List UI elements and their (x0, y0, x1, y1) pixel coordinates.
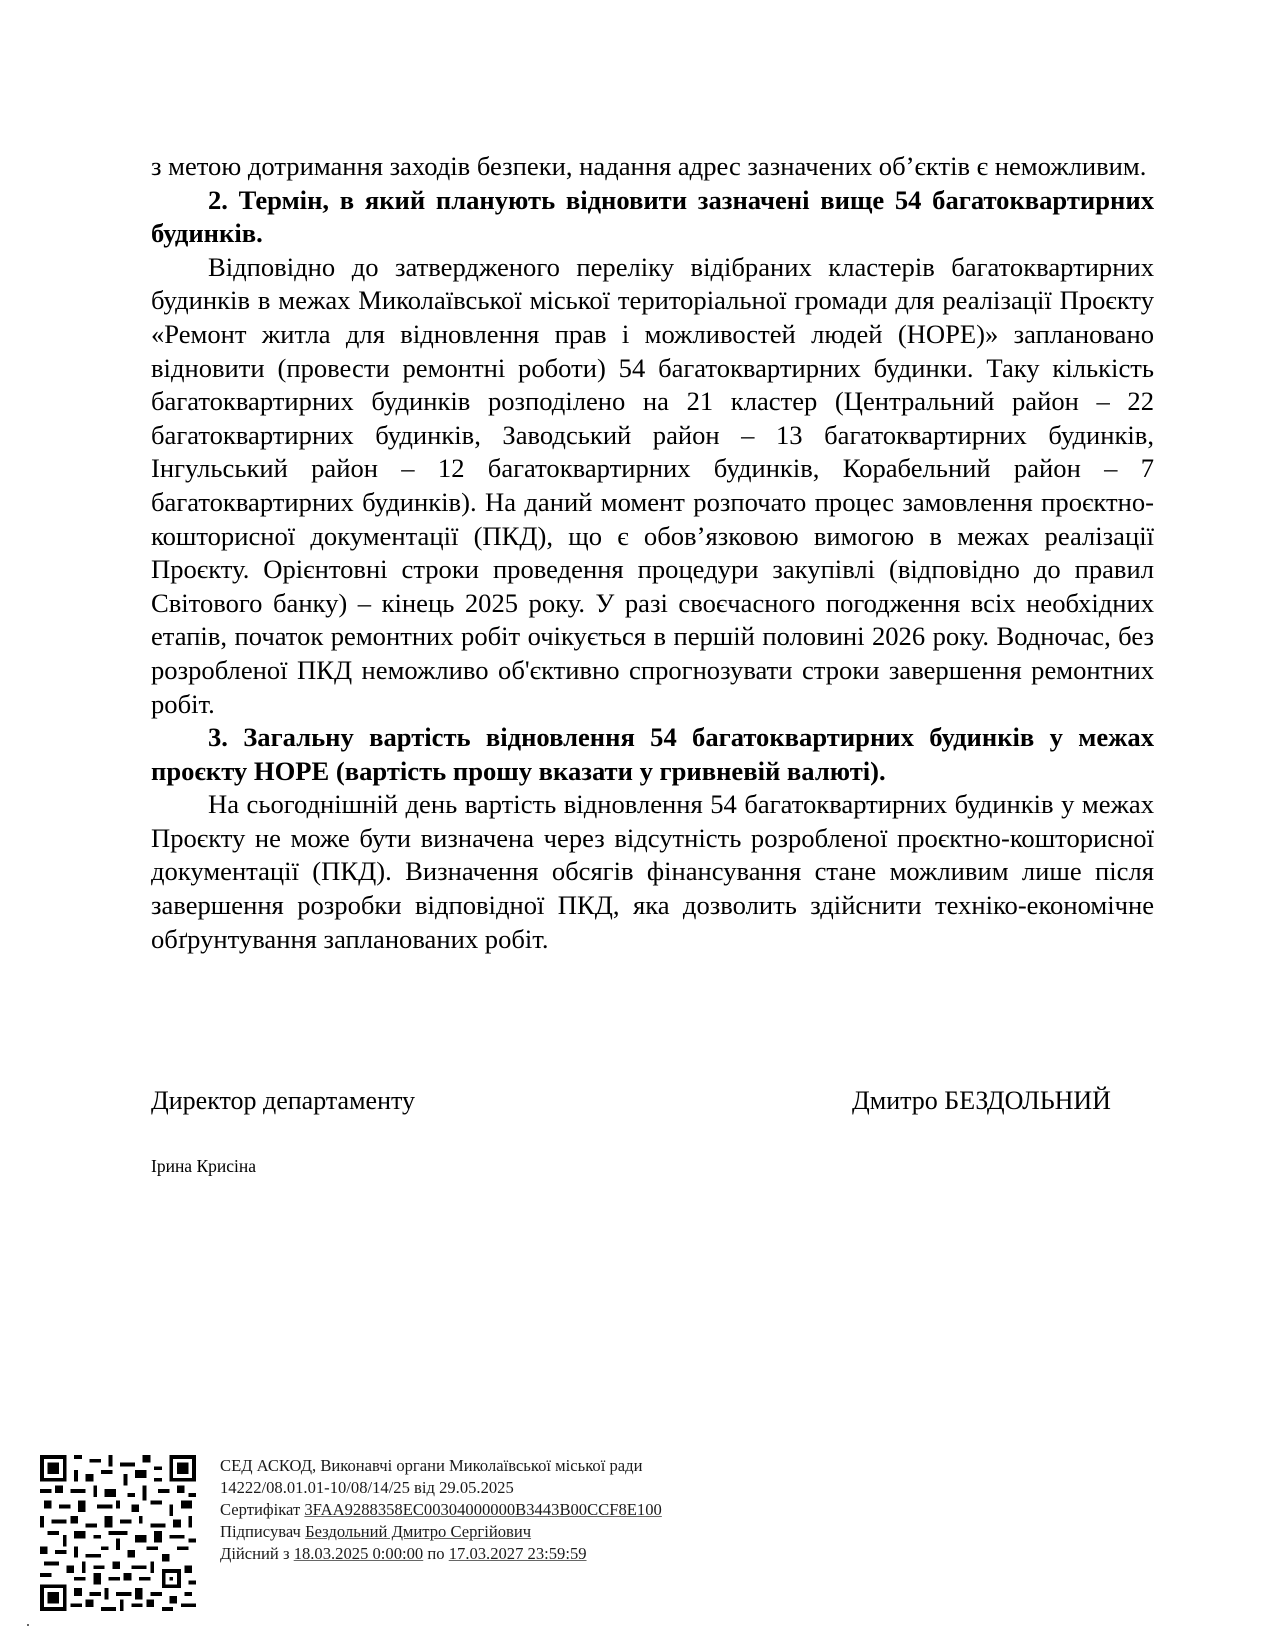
scan-artifact-dot (27, 1624, 29, 1626)
signatory-name: Дмитро БЕЗДОЛЬНИЙ (852, 1086, 1111, 1116)
continuation-paragraph: з метою дотримання заходів безпеки, нада… (151, 150, 1154, 184)
signer-label: Підписувач (220, 1522, 301, 1541)
stamp-registration: 14222/08.01.01-10/08/14/25 від 29.05.202… (220, 1477, 662, 1499)
valid-from-value: 18.03.2025 0:00:00 (294, 1544, 424, 1563)
signatory-title: Директор департаменту (151, 1086, 415, 1116)
valid-to-value: 17.03.2027 23:59:59 (449, 1544, 587, 1563)
certificate-label: Сертифікат (220, 1500, 300, 1519)
executor-name: Ірина Крисіна (151, 1156, 256, 1177)
section-2-heading: 2. Термін, в який планують відновити заз… (151, 184, 1154, 251)
letter-body: з метою дотримання заходів безпеки, нада… (151, 150, 1154, 956)
section-2-body: Відповідно до затвердженого переліку від… (151, 251, 1154, 721)
valid-to-label: по (427, 1544, 444, 1563)
certificate-value: 3FAA9288358EC00304000000B3443B00CCF8E100 (304, 1500, 661, 1519)
qr-code-icon (40, 1455, 196, 1611)
e-signature-stamp: СЕД АСКОД, Виконавчі органи Миколаївсько… (220, 1455, 662, 1565)
stamp-system: СЕД АСКОД, Виконавчі органи Миколаївсько… (220, 1455, 662, 1477)
section-3-heading: 3. Загальну вартість відновлення 54 бага… (151, 721, 1154, 788)
signer-value: Бездольний Дмитро Сергійович (305, 1522, 531, 1541)
stamp-certificate-row: Сертифікат 3FAA9288358EC00304000000B3443… (220, 1499, 662, 1521)
section-3-body: На сьогоднішній день вартість відновленн… (151, 788, 1154, 956)
stamp-signer-row: Підписувач Бездольний Дмитро Сергійович (220, 1521, 662, 1543)
stamp-validity-row: Дійсний з 18.03.2025 0:00:00 по 17.03.20… (220, 1543, 662, 1565)
valid-from-label: Дійсний з (220, 1544, 290, 1563)
document-page: з метою дотримання заходів безпеки, нада… (0, 0, 1275, 1650)
